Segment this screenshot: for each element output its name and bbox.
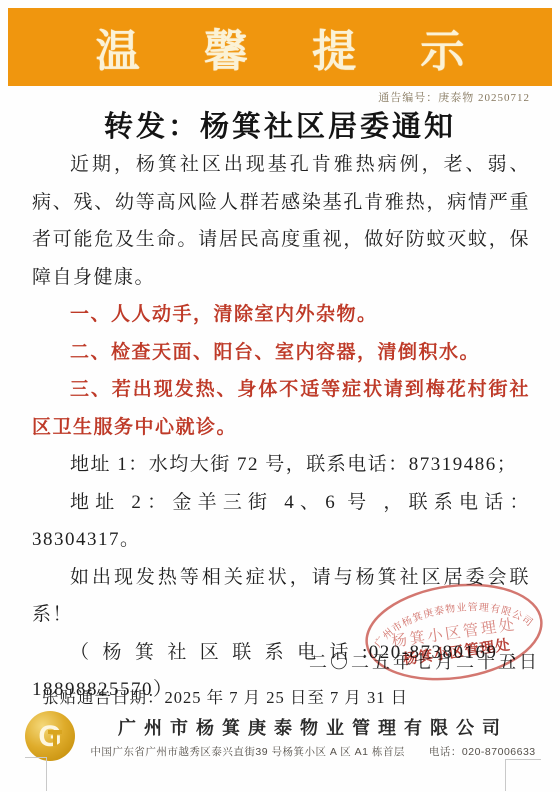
footer: G 广州市杨箕庚泰物业管理有限公司 中国广东省广州市越秀区泰兴直街39 号杨箕小… [0, 710, 560, 762]
company-name: 广州市杨箕庚泰物业管理有限公司 [90, 714, 535, 740]
scan-corner-mark-left [25, 757, 47, 791]
scan-corner-mark-right [505, 759, 541, 791]
post-date-line: 张贴通告日期：2025 年 7 月 25 日至 7 月 31 日 [42, 684, 408, 708]
company-logo-icon: G [24, 710, 76, 762]
doc-title: 转发：杨箕社区居委通知 [0, 104, 560, 145]
address-line-2: 地址 2：金羊三街 4、6 号 ，联系电话：38304317。 [32, 484, 530, 559]
notice-page: 温 馨 提 示 通告编号：庚泰物 20250712 转发：杨箕社区居委通知 近期… [0, 0, 560, 792]
company-block: 广州市杨箕庚泰物业管理有限公司 中国广东省广州市越秀区泰兴直街39 号杨箕小区 … [90, 714, 535, 759]
intro-paragraph: 近期，杨箕社区出现基孔肯雅热病例，老、弱、病、残、幼等高风险人群若感染基孔肯雅热… [32, 146, 530, 296]
point-3: 三、若出现发热、身体不适等症状请到梅花村街社区卫生服务中心就诊。 [32, 371, 530, 446]
svg-text:G: G [39, 720, 62, 753]
point-2: 二、检查天面、阳台、室内容器，清倒积水。 [32, 334, 530, 372]
company-address: 中国广东省广州市越秀区泰兴直街39 号杨箕小区 A 区 A1 栋首层 [90, 744, 405, 759]
banner: 温 馨 提 示 [8, 8, 552, 86]
notice-number: 通告编号：庚泰物 20250712 [378, 89, 530, 105]
address-line-1: 地址 1：水均大街 72 号，联系电话：87319486； [32, 446, 530, 484]
point-1: 一、人人动手，清除室内外杂物。 [32, 296, 530, 334]
banner-title: 温 馨 提 示 [70, 15, 491, 79]
company-phone: 电话：020-87006633 [429, 744, 536, 759]
